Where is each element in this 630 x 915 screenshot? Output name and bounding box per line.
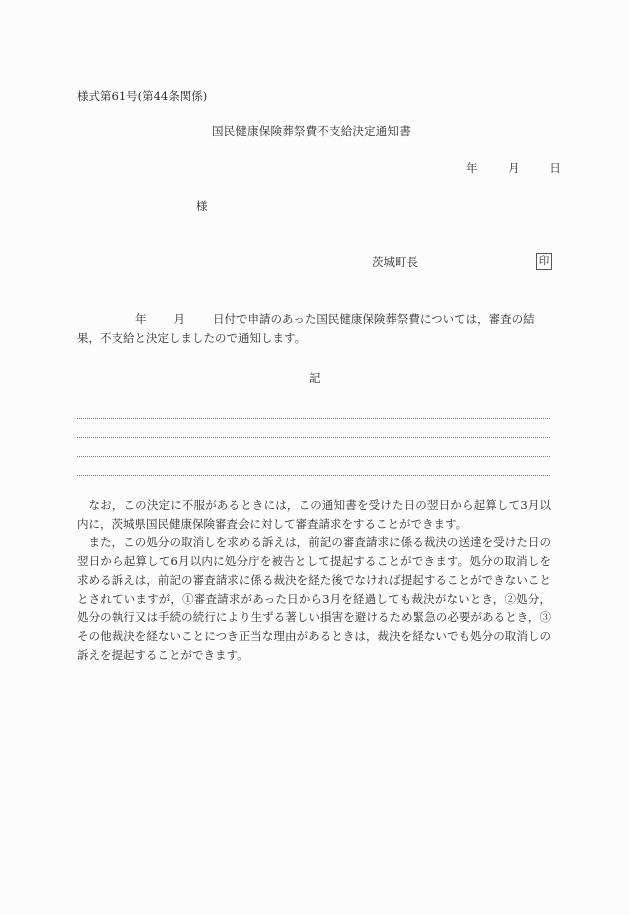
reason-line-1 — [77, 418, 550, 419]
date-month-label: 月 — [508, 160, 520, 176]
form-number: 様式第61号(第44条関係) — [77, 88, 207, 104]
body-month-label: 月 — [174, 312, 186, 326]
reason-line-2 — [77, 437, 550, 438]
appeal-notice-paragraph-1: なお，この決定に不服があるときには，この通知書を受けた日の翌日から起算して3月以… — [77, 496, 551, 533]
date-year-label: 年 — [466, 160, 478, 176]
reason-line-3 — [77, 456, 550, 457]
issuer-name: 茨城町長 — [372, 254, 418, 270]
date-day-label: 日 — [549, 160, 561, 176]
recipient-honorific: 様 — [196, 198, 208, 214]
notification-body: 年月日付で申請のあった国民健康保険葬祭費については，審査の結果，不支給と決定しま… — [77, 310, 551, 348]
ki-heading: 記 — [309, 370, 321, 386]
reason-line-4 — [77, 475, 550, 476]
document-title: 国民健康保険葬祭費不支給決定通知書 — [212, 123, 411, 139]
issue-date: 年 月 日 — [466, 160, 561, 176]
body-year-label: 年 — [135, 312, 147, 326]
appeal-notice: なお，この決定に不服があるときには，この通知書を受けた日の翌日から起算して3月以… — [77, 496, 551, 664]
seal-mark: 印 — [536, 253, 552, 270]
appeal-notice-paragraph-2: また，この処分の取消しを求める訴えは，前記の審査請求に係る裁決の送達を受けた日の… — [77, 533, 551, 664]
